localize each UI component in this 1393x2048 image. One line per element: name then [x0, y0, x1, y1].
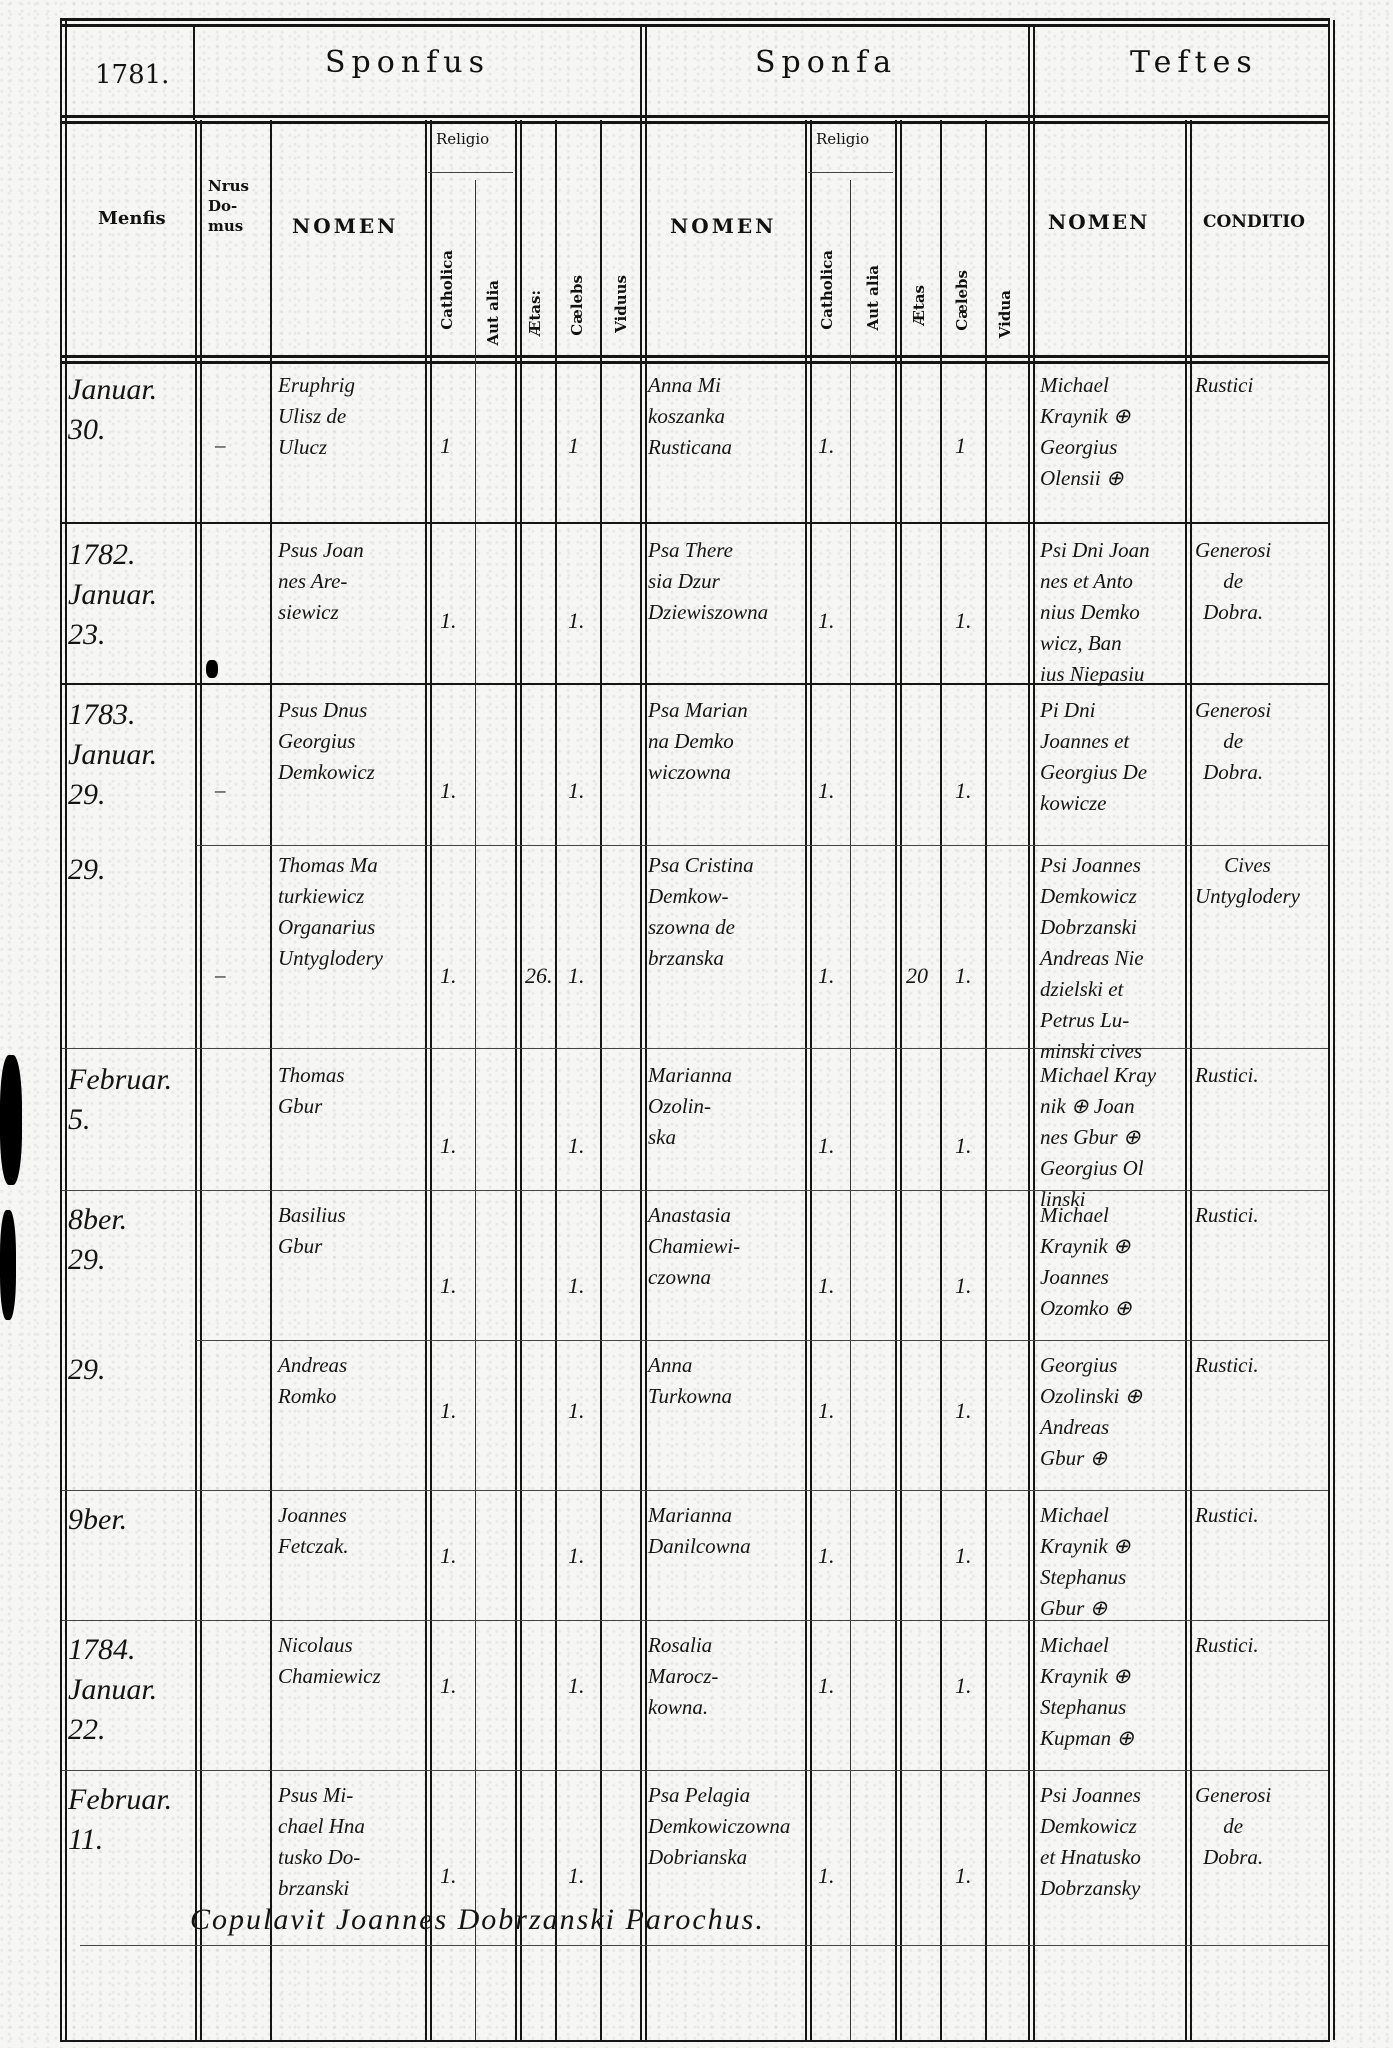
- sponsa-caelebs-divider: [940, 120, 942, 2040]
- entry-sponsus-status: 1.: [568, 960, 585, 991]
- entry-sponsa-catholica: 1.: [818, 1670, 835, 1701]
- religio-rule: [428, 172, 513, 173]
- entry-date: 29.: [68, 850, 106, 890]
- entry-sponsa-catholica: 1.: [818, 1395, 835, 1426]
- col-sponsus-nomen: NOMEN: [292, 214, 398, 238]
- frame-right: [1328, 20, 1330, 2040]
- col-aetas: Ætas:: [526, 290, 544, 336]
- entry-sponsa-catholica: 1.: [818, 1270, 835, 1301]
- entry-sponsa-status: 1.: [955, 1540, 972, 1571]
- entry-sponsa-catholica: 1.: [818, 1130, 835, 1161]
- row-rule: [196, 1340, 1328, 1341]
- entry-sponsa: Psa Cristina Demkow- szowna de brzanska: [648, 850, 754, 974]
- viduus-divider: [600, 120, 602, 2040]
- col-aut-alia: Aut alia: [484, 280, 502, 346]
- entry-conditio: Rustici.: [1195, 1200, 1259, 1231]
- entry-testes: Michael Kraynik ⊕ Joannes Ozomko ⊕: [1040, 1200, 1132, 1324]
- entry-conditio: Generosi de Dobra.: [1195, 535, 1271, 628]
- year-label: 1781.: [95, 55, 169, 95]
- col-sponsa-caelebs: Cælebs: [953, 270, 971, 331]
- year-divider: [193, 25, 195, 120]
- col-religio: Religio: [436, 130, 489, 148]
- bottom-rule: [60, 2040, 1330, 2042]
- col-nrus-domus: Nrus Do- mus: [208, 176, 249, 236]
- sponsa-nomen-divider: [805, 120, 807, 2040]
- entry-sponsus-status: 1.: [568, 775, 585, 806]
- entry-sponsa: Anna Turkowna: [648, 1350, 732, 1412]
- entry-sponsus: Thomas Gbur: [278, 1060, 345, 1122]
- entry-testes: Pi Dni Joannes et Georgius De kowicze: [1040, 695, 1147, 819]
- entry-conditio: Rustici: [1195, 370, 1253, 401]
- entry-conditio: Rustici.: [1195, 1350, 1259, 1381]
- conditio-divider: [1185, 120, 1187, 2040]
- entry-date: 8ber. 29.: [68, 1200, 127, 1280]
- col-viduus: Viduus: [612, 275, 630, 333]
- entry-testes: Psi Dni Joan nes et Anto nius Demko wicz…: [1040, 535, 1150, 690]
- entry-sponsa: Psa Marian na Demko wiczowna: [648, 695, 748, 788]
- entry-sponsus-catholica: 1.: [440, 960, 457, 991]
- entry-testes: Psi Joannes Demkowicz Dobrzanski Andreas…: [1040, 850, 1144, 1067]
- row-rule: [62, 522, 1328, 524]
- entry-sponsus-status: 1.: [568, 1395, 585, 1426]
- top-rule: [60, 18, 1330, 21]
- entry-testes: Michael Kraynik ⊕ Stephanus Kupman ⊕: [1040, 1630, 1134, 1754]
- domus-divider: [270, 120, 272, 2040]
- entry-domus: –: [215, 960, 226, 991]
- sponsus-nomen-divider: [425, 120, 427, 2040]
- entry-conditio: Cives Untyglodery: [1195, 850, 1300, 912]
- entry-conditio: Rustici.: [1195, 1500, 1259, 1531]
- entry-sponsus-status: 1.: [568, 1130, 585, 1161]
- entry-domus: –: [215, 775, 226, 806]
- entry-date: Januar. 30.: [68, 370, 157, 450]
- entry-sponsa: Psa Pelagia Demkowiczowna Dobrianska: [648, 1780, 790, 1873]
- entry-sponsa-aetas: 20: [906, 960, 928, 991]
- entry-sponsus: Andreas Romko: [278, 1350, 347, 1412]
- entry-sponsus-catholica: 1.: [440, 1130, 457, 1161]
- entry-testes: Michael Kraynik ⊕ Georgius Olensii ⊕: [1040, 370, 1131, 494]
- entry-sponsa: Psa There sia Dzur Dziewiszowna: [648, 535, 768, 628]
- entry-domus: –: [215, 430, 226, 461]
- entry-date: 29.: [68, 1350, 106, 1390]
- religio-sub-divider: [475, 180, 476, 2040]
- entry-sponsa-catholica: 1.: [818, 430, 835, 461]
- entry-conditio: Rustici.: [1195, 1060, 1259, 1091]
- entry-sponsus: Thomas Ma turkiewicz Organarius Untyglod…: [278, 850, 383, 974]
- entry-sponsus-catholica: 1.: [440, 1270, 457, 1301]
- row-rule: [62, 1490, 1328, 1491]
- col-catholica: Catholica: [438, 250, 456, 330]
- testes-header: Teftes: [1130, 45, 1258, 80]
- row-rule: [62, 1620, 1328, 1621]
- col-conditio: CONDITIO: [1203, 212, 1305, 232]
- testes-divider: [1028, 25, 1030, 2040]
- sponsa-aetas-divider: [895, 120, 897, 2040]
- entry-sponsus: Psus Dnus Georgius Demkowicz: [278, 695, 375, 788]
- vidua-divider: [985, 120, 987, 2040]
- entry-sponsus: Eruphrig Ulisz de Ulucz: [278, 370, 355, 463]
- entry-sponsa-catholica: 1.: [818, 775, 835, 806]
- aetas-divider: [515, 120, 517, 2040]
- row-rule: [196, 845, 1328, 846]
- sponsa-religio-rule: [808, 172, 893, 173]
- row-rule: [62, 1770, 1328, 1771]
- entry-testes: Michael Kray nik ⊕ Joan nes Gbur ⊕ Georg…: [1040, 1060, 1156, 1215]
- col-sponsa-aetas: Ætas: [910, 285, 928, 326]
- entry-testes: Psi Joannes Demkowicz et Hnatusko Dobrza…: [1040, 1780, 1141, 1904]
- col-sponsa-catholica: Catholica: [818, 250, 836, 330]
- ink-blot: [206, 660, 218, 678]
- register-page: 1781. Sponfus Sponfa Teftes Menfis Nrus …: [0, 0, 1393, 2048]
- col-sponsa-nomen: NOMEN: [670, 214, 776, 238]
- entry-conditio: Generosi de Dobra.: [1195, 1780, 1271, 1873]
- entry-conditio: Rustici.: [1195, 1630, 1259, 1661]
- col-sponsa-religio: Religio: [816, 130, 869, 148]
- entry-date: 1783. Januar. 29.: [68, 695, 157, 815]
- entry-sponsus-catholica: 1.: [440, 605, 457, 636]
- entry-sponsa-status: 1: [955, 430, 966, 461]
- entry-sponsus-status: 1.: [568, 1270, 585, 1301]
- entry-date: Februar. 11.: [68, 1780, 172, 1860]
- entry-date: 1782. Januar. 23.: [68, 535, 157, 655]
- entry-sponsus-status: 1.: [568, 1670, 585, 1701]
- entry-sponsus: Psus Joan nes Are- siewicz: [278, 535, 364, 628]
- entry-sponsus-catholica: 1.: [440, 1860, 457, 1891]
- entry-sponsa-status: 1.: [955, 1670, 972, 1701]
- entry-testes: Michael Kraynik ⊕ Stephanus Gbur ⊕: [1040, 1500, 1131, 1624]
- entry-sponsus: Nicolaus Chamiewicz: [278, 1630, 381, 1692]
- entry-sponsus-catholica: 1.: [440, 775, 457, 806]
- col-sponsa-aut-alia: Aut alia: [864, 265, 882, 331]
- frame-left: [60, 20, 62, 2040]
- entry-sponsa-catholica: 1.: [818, 605, 835, 636]
- entry-sponsus-status: 1.: [568, 1860, 585, 1891]
- sponsa-divider: [640, 25, 642, 2040]
- entry-sponsus-catholica: 1.: [440, 1540, 457, 1571]
- entry-sponsa-status: 1.: [955, 775, 972, 806]
- col-mensis: Menfis: [98, 208, 166, 229]
- caelebs-divider: [555, 120, 557, 2040]
- entry-date: 1784. Januar. 22.: [68, 1630, 157, 1750]
- entry-sponsa-status: 1.: [955, 1270, 972, 1301]
- officiant-signature: Copulavit Joannes Dobrzanski Parochus.: [190, 1900, 765, 1940]
- column-header-rule: [60, 355, 1330, 358]
- entry-sponsus: Psus Mi- chael Hna tusko Do- brzanski: [278, 1780, 365, 1904]
- col-caelebs: Cælebs: [568, 275, 586, 336]
- entry-sponsa-status: 1.: [955, 1130, 972, 1161]
- mensis-divider: [195, 120, 197, 2040]
- entry-sponsus-status: 1.: [568, 605, 585, 636]
- entry-sponsus-catholica: 1.: [440, 1395, 457, 1426]
- entry-sponsus-catholica: 1.: [440, 1670, 457, 1701]
- entry-sponsus-catholica: 1: [440, 430, 451, 461]
- entry-sponsa: Anastasia Chamiewi- czowna: [648, 1200, 740, 1293]
- col-vidua: Vidua: [996, 290, 1014, 338]
- entry-sponsa-status: 1.: [955, 1395, 972, 1426]
- entry-sponsus-status: 1.: [568, 1540, 585, 1571]
- entry-sponsa: Anna Mi koszanka Rusticana: [648, 370, 732, 463]
- entry-sponsa: Marianna Ozolin- ska: [648, 1060, 732, 1153]
- entry-sponsa-status: 1.: [955, 1860, 972, 1891]
- ink-blot: [0, 1210, 16, 1320]
- col-testes-nomen: NOMEN: [1048, 210, 1149, 234]
- entry-conditio: Generosi de Dobra.: [1195, 695, 1271, 788]
- entry-sponsa: Marianna Danilcowna: [648, 1500, 751, 1562]
- row-rule: [80, 1945, 1328, 1946]
- entry-sponsus-status: 1: [568, 430, 579, 461]
- entry-sponsus: Basilius Gbur: [278, 1200, 346, 1262]
- entry-sponsa-catholica: 1.: [818, 1540, 835, 1571]
- header-rule: [60, 115, 1330, 118]
- sponsus-header: Sponfus: [325, 45, 490, 80]
- entry-sponsus: Joannes Fetczak.: [278, 1500, 349, 1562]
- entry-date: 9ber.: [68, 1500, 127, 1540]
- ink-blot: [0, 1055, 22, 1185]
- entry-sponsus-aetas: 26.: [525, 960, 553, 991]
- entry-sponsa-status: 1.: [955, 605, 972, 636]
- entry-testes: Georgius Ozolinski ⊕ Andreas Gbur ⊕: [1040, 1350, 1142, 1474]
- entry-sponsa-catholica: 1.: [818, 960, 835, 991]
- entry-date: Februar. 5.: [68, 1060, 172, 1140]
- entry-sponsa-catholica: 1.: [818, 1860, 835, 1891]
- entry-sponsa: Rosalia Marocz- kowna.: [648, 1630, 718, 1723]
- entry-sponsa-status: 1.: [955, 960, 972, 991]
- sponsa-header: Sponfa: [755, 45, 897, 80]
- sponsa-religio-sub-divider: [850, 180, 851, 2040]
